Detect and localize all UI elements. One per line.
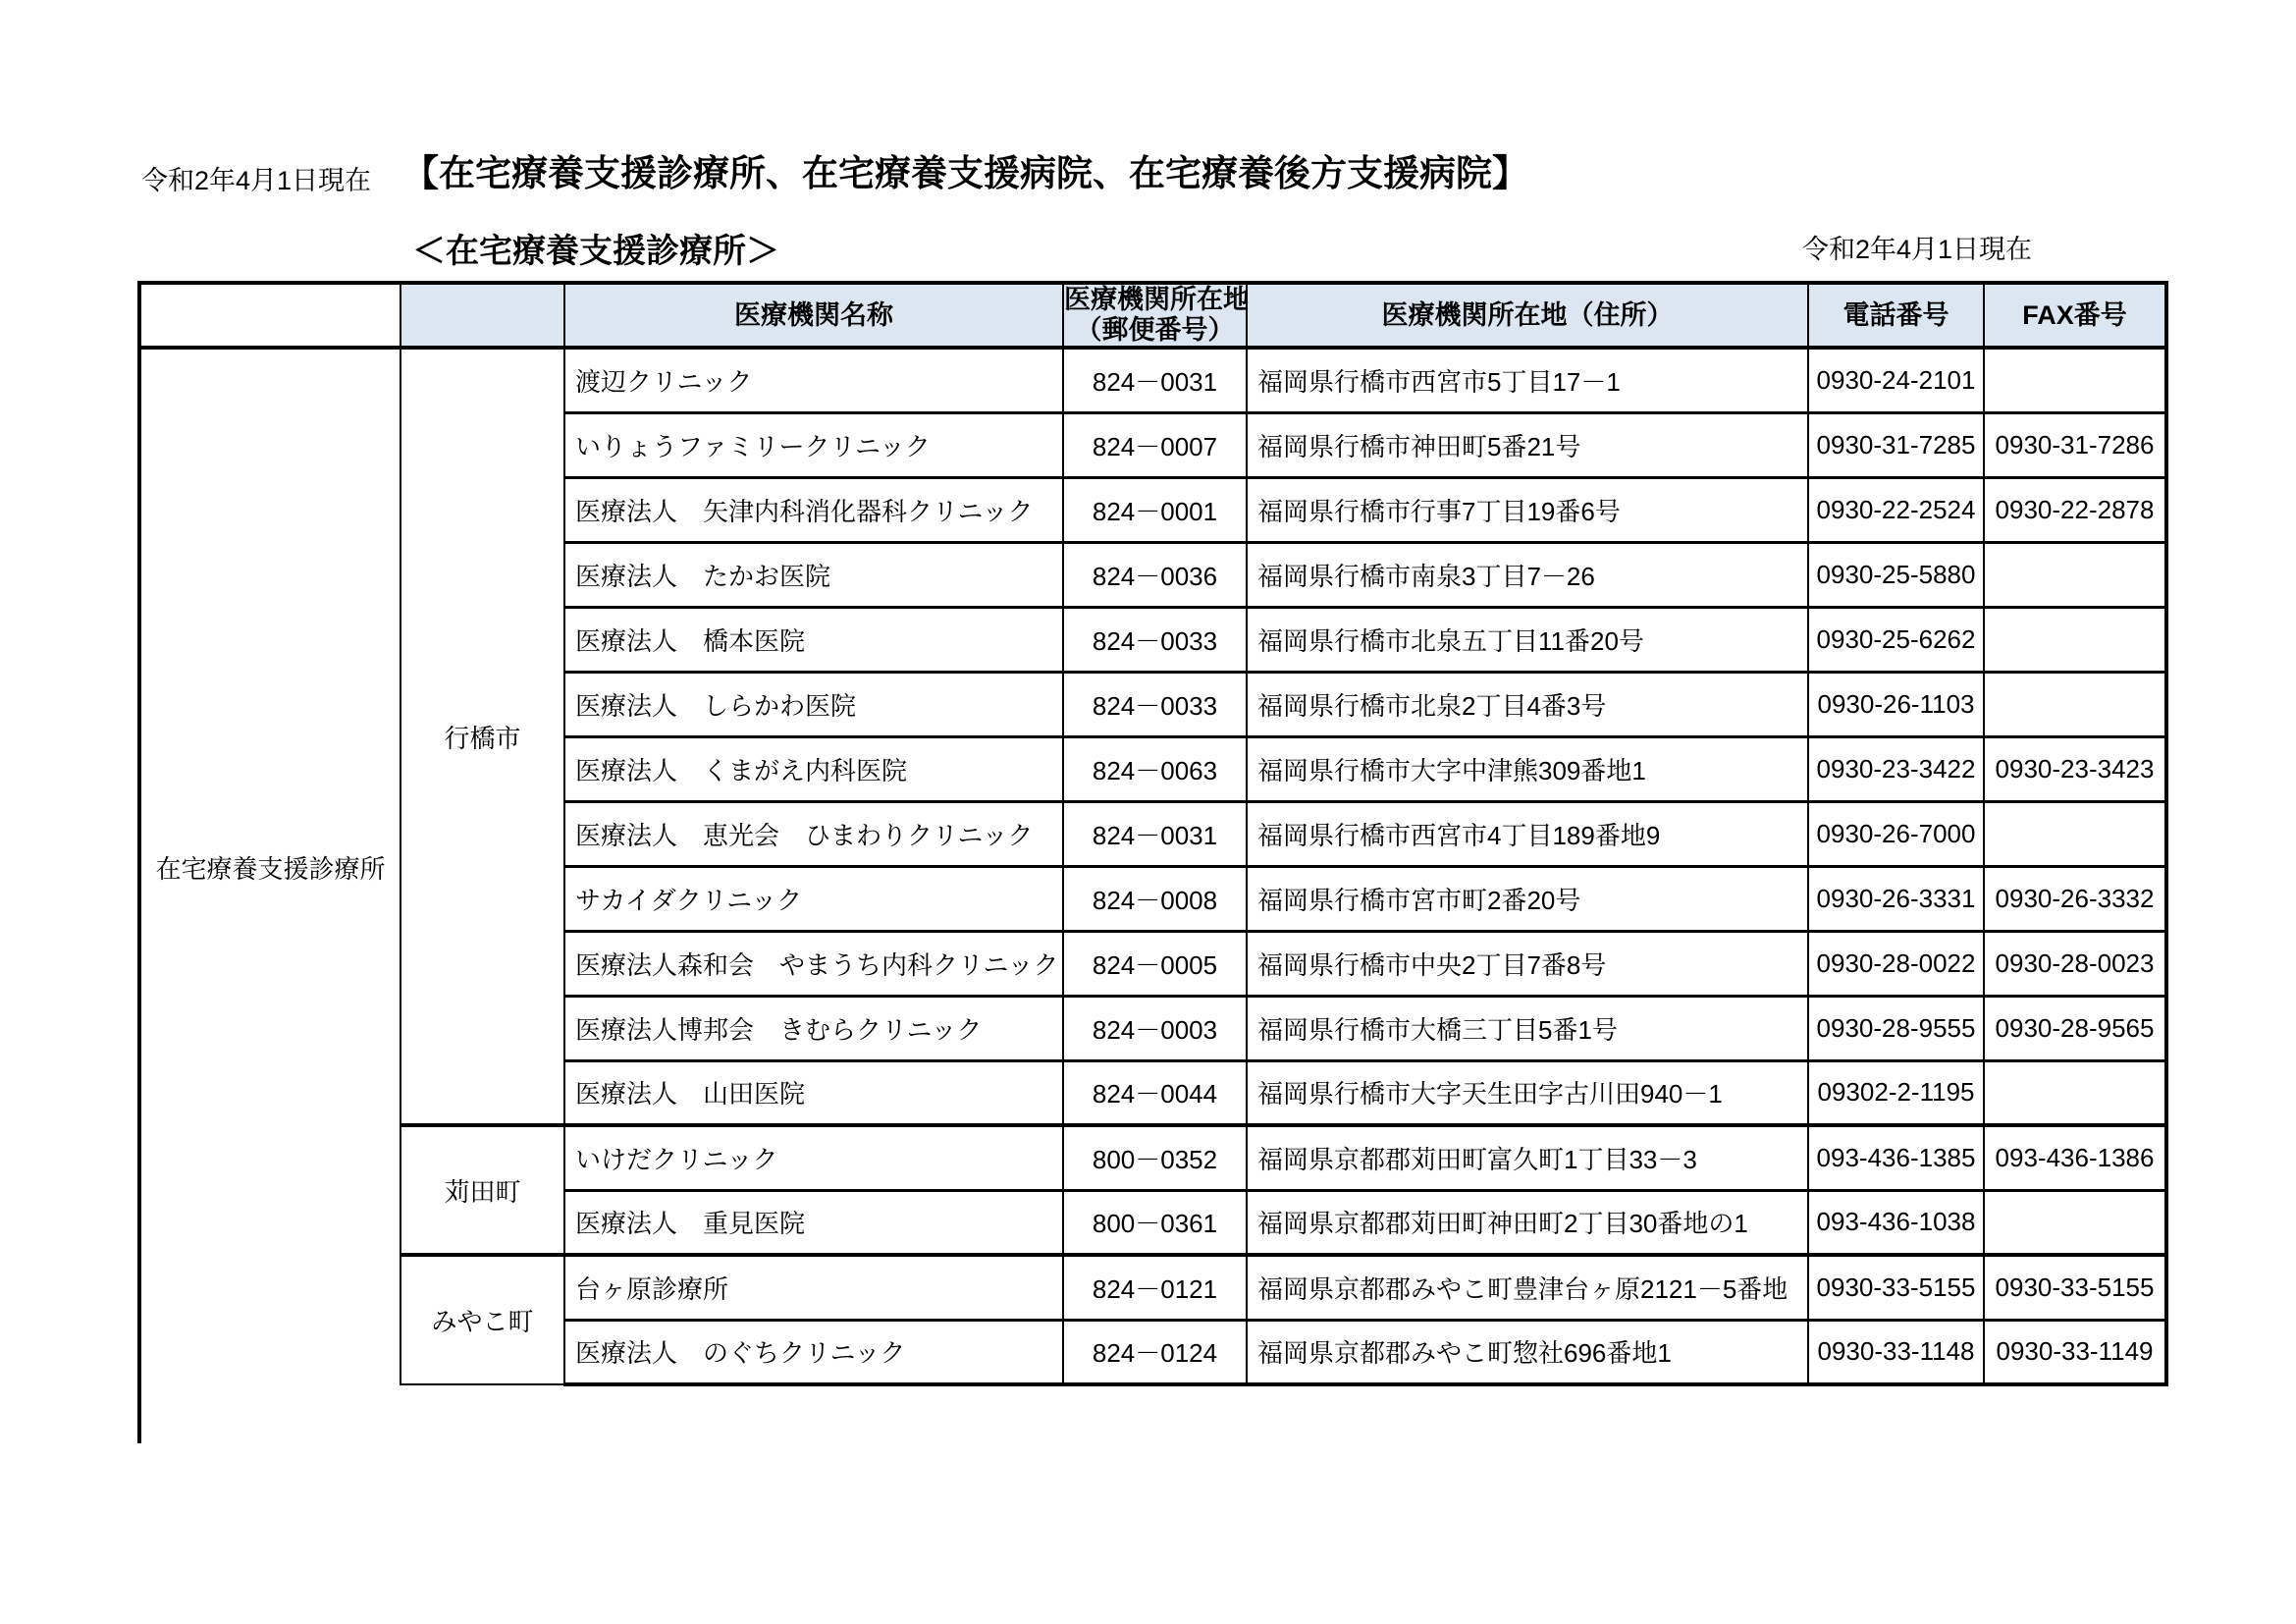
fax-cell: 0930-23-3423 xyxy=(1984,736,2166,801)
document-title: 【在宅療養支援診療所、在宅療養支援病院、在宅療養後方支援病院】 xyxy=(402,143,1528,196)
fax-cell: 0930-33-5155 xyxy=(1984,1255,2166,1320)
clinic-name-cell: いりょうファミリークリニック xyxy=(564,412,1063,477)
fax-cell: 0930-28-9565 xyxy=(1984,996,2166,1060)
fax-cell xyxy=(1984,607,2166,672)
postal-code-cell: 824－0033 xyxy=(1063,607,1247,672)
postal-code-cell: 824－0003 xyxy=(1063,996,1247,1060)
postal-code-cell: 824－0005 xyxy=(1063,931,1247,996)
fax-cell: 0930-31-7286 xyxy=(1984,412,2166,477)
phone-cell: 0930-26-3331 xyxy=(1808,866,1984,931)
header-category xyxy=(139,283,400,348)
phone-cell: 0930-28-9555 xyxy=(1808,996,1984,1060)
municipality-cell: みやこ町 xyxy=(400,1255,564,1384)
postal-code-cell: 824－0001 xyxy=(1063,477,1247,542)
table-row: みやこ町台ヶ原診療所824－0121福岡県京都郡みやこ町豊津台ヶ原2121－5番… xyxy=(139,1255,2166,1320)
category-cell: 在宅療養支援診療所 xyxy=(139,348,400,1384)
clinic-name-cell: 医療法人 恵光会 ひまわりクリニック xyxy=(564,801,1063,866)
fax-cell xyxy=(1984,672,2166,736)
clinic-name-cell: 医療法人森和会 やまうち内科クリニック xyxy=(564,931,1063,996)
address-cell: 福岡県行橋市北泉五丁目11番20号 xyxy=(1247,607,1808,672)
postal-code-cell: 824－0033 xyxy=(1063,672,1247,736)
postal-code-cell: 800－0361 xyxy=(1063,1190,1247,1255)
fax-cell xyxy=(1984,1060,2166,1125)
phone-cell: 0930-33-1148 xyxy=(1808,1320,1984,1384)
address-cell: 福岡県行橋市西宮市5丁目17－1 xyxy=(1247,348,1808,412)
phone-cell: 0930-26-1103 xyxy=(1808,672,1984,736)
phone-cell: 0930-33-5155 xyxy=(1808,1255,1984,1320)
address-cell: 福岡県行橋市神田町5番21号 xyxy=(1247,412,1808,477)
phone-cell: 0930-24-2101 xyxy=(1808,348,1984,412)
postal-code-cell: 824－0007 xyxy=(1063,412,1247,477)
date-top-left: 令和2年4月1日現在 xyxy=(141,159,371,197)
clinic-name-cell: 台ヶ原診療所 xyxy=(564,1255,1063,1320)
phone-cell: 0930-23-3422 xyxy=(1808,736,1984,801)
postal-code-cell: 824－0036 xyxy=(1063,542,1247,607)
fax-cell xyxy=(1984,542,2166,607)
fax-cell xyxy=(1984,348,2166,412)
fax-cell: 0930-22-2878 xyxy=(1984,477,2166,542)
clinic-table-body: 在宅療養支援診療所行橋市渡辺クリニック824－0031福岡県行橋市西宮市5丁目1… xyxy=(139,348,2166,1384)
phone-cell: 09302-2-1195 xyxy=(1808,1060,1984,1125)
clinic-name-cell: 医療法人 くまがえ内科医院 xyxy=(564,736,1063,801)
header-row: 医療機関名称 医療機関所在地（郵便番号） 医療機関所在地（住所） 電話番号 FA… xyxy=(139,283,2166,348)
clinic-name-cell: 医療法人 矢津内科消化器科クリニック xyxy=(564,477,1063,542)
clinic-name-cell: いけだクリニック xyxy=(564,1125,1063,1190)
address-cell: 福岡県行橋市大字天生田字古川田940－1 xyxy=(1247,1060,1808,1125)
postal-code-cell: 824－0008 xyxy=(1063,866,1247,931)
clinic-name-cell: 渡辺クリニック xyxy=(564,348,1063,412)
header-fax: FAX番号 xyxy=(1984,283,2166,348)
fax-cell: 0930-33-1149 xyxy=(1984,1320,2166,1384)
table-row: 苅田町いけだクリニック800－0352福岡県京都郡苅田町富久町1丁目33－309… xyxy=(139,1125,2166,1190)
clinic-name-cell: 医療法人 重見医院 xyxy=(564,1190,1063,1255)
postal-code-cell: 824－0124 xyxy=(1063,1320,1247,1384)
section-subtitle: ＜在宅療養支援診療所＞ xyxy=(412,224,779,272)
clinic-name-cell: 医療法人博邦会 きむらクリニック xyxy=(564,996,1063,1060)
date-right: 令和2年4月1日現在 xyxy=(1802,228,2032,266)
phone-cell: 0930-28-0022 xyxy=(1808,931,1984,996)
address-cell: 福岡県行橋市宮市町2番20号 xyxy=(1247,866,1808,931)
phone-cell: 0930-25-6262 xyxy=(1808,607,1984,672)
left-border-tail xyxy=(137,1382,141,1443)
postal-code-cell: 800－0352 xyxy=(1063,1125,1247,1190)
postal-code-cell: 824－0063 xyxy=(1063,736,1247,801)
header-municipality xyxy=(400,283,564,348)
clinic-name-cell: 医療法人 のぐちクリニック xyxy=(564,1320,1063,1384)
clinic-name-cell: サカイダクリニック xyxy=(564,866,1063,931)
address-cell: 福岡県行橋市北泉2丁目4番3号 xyxy=(1247,672,1808,736)
header-phone: 電話番号 xyxy=(1808,283,1984,348)
fax-cell xyxy=(1984,1190,2166,1255)
document-page: 令和2年4月1日現在 【在宅療養支援診療所、在宅療養支援病院、在宅療養後方支援病… xyxy=(0,0,2296,1624)
header-postal-line2: （郵便番号） xyxy=(1076,315,1235,345)
header-postal-code: 医療機関所在地（郵便番号） xyxy=(1063,283,1247,348)
clinic-name-cell: 医療法人 橋本医院 xyxy=(564,607,1063,672)
fax-cell: 093-436-1386 xyxy=(1984,1125,2166,1190)
municipality-cell: 苅田町 xyxy=(400,1125,564,1255)
phone-cell: 0930-22-2524 xyxy=(1808,477,1984,542)
clinic-name-cell: 医療法人 山田医院 xyxy=(564,1060,1063,1125)
fax-cell: 0930-26-3332 xyxy=(1984,866,2166,931)
clinic-name-cell: 医療法人 たかお医院 xyxy=(564,542,1063,607)
header-clinic-name: 医療機関名称 xyxy=(564,283,1063,348)
address-cell: 福岡県京都郡みやこ町豊津台ヶ原2121－5番地 xyxy=(1247,1255,1808,1320)
header-postal-line1: 医療機関所在地 xyxy=(1064,285,1247,314)
fax-cell: 0930-28-0023 xyxy=(1984,931,2166,996)
clinics-table: 医療機関名称 医療機関所在地（郵便番号） 医療機関所在地（住所） 電話番号 FA… xyxy=(137,281,2168,1386)
phone-cell: 0930-31-7285 xyxy=(1808,412,1984,477)
address-cell: 福岡県行橋市大橋三丁目5番1号 xyxy=(1247,996,1808,1060)
postal-code-cell: 824－0031 xyxy=(1063,348,1247,412)
fax-cell xyxy=(1984,801,2166,866)
header-address: 医療機関所在地（住所） xyxy=(1247,283,1808,348)
municipality-cell: 行橋市 xyxy=(400,348,564,1125)
phone-cell: 0930-26-7000 xyxy=(1808,801,1984,866)
address-cell: 福岡県京都郡みやこ町惣社696番地1 xyxy=(1247,1320,1808,1384)
address-cell: 福岡県京都郡苅田町神田町2丁目30番地の1 xyxy=(1247,1190,1808,1255)
table-row: 在宅療養支援診療所行橋市渡辺クリニック824－0031福岡県行橋市西宮市5丁目1… xyxy=(139,348,2166,412)
phone-cell: 093-436-1038 xyxy=(1808,1190,1984,1255)
postal-code-cell: 824－0031 xyxy=(1063,801,1247,866)
address-cell: 福岡県行橋市行事7丁目19番6号 xyxy=(1247,477,1808,542)
address-cell: 福岡県京都郡苅田町富久町1丁目33－3 xyxy=(1247,1125,1808,1190)
postal-code-cell: 824－0044 xyxy=(1063,1060,1247,1125)
address-cell: 福岡県行橋市大字中津熊309番地1 xyxy=(1247,736,1808,801)
address-cell: 福岡県行橋市西宮市4丁目189番地9 xyxy=(1247,801,1808,866)
clinic-name-cell: 医療法人 しらかわ医院 xyxy=(564,672,1063,736)
phone-cell: 0930-25-5880 xyxy=(1808,542,1984,607)
address-cell: 福岡県行橋市中央2丁目7番8号 xyxy=(1247,931,1808,996)
postal-code-cell: 824－0121 xyxy=(1063,1255,1247,1320)
phone-cell: 093-436-1385 xyxy=(1808,1125,1984,1190)
address-cell: 福岡県行橋市南泉3丁目7－26 xyxy=(1247,542,1808,607)
